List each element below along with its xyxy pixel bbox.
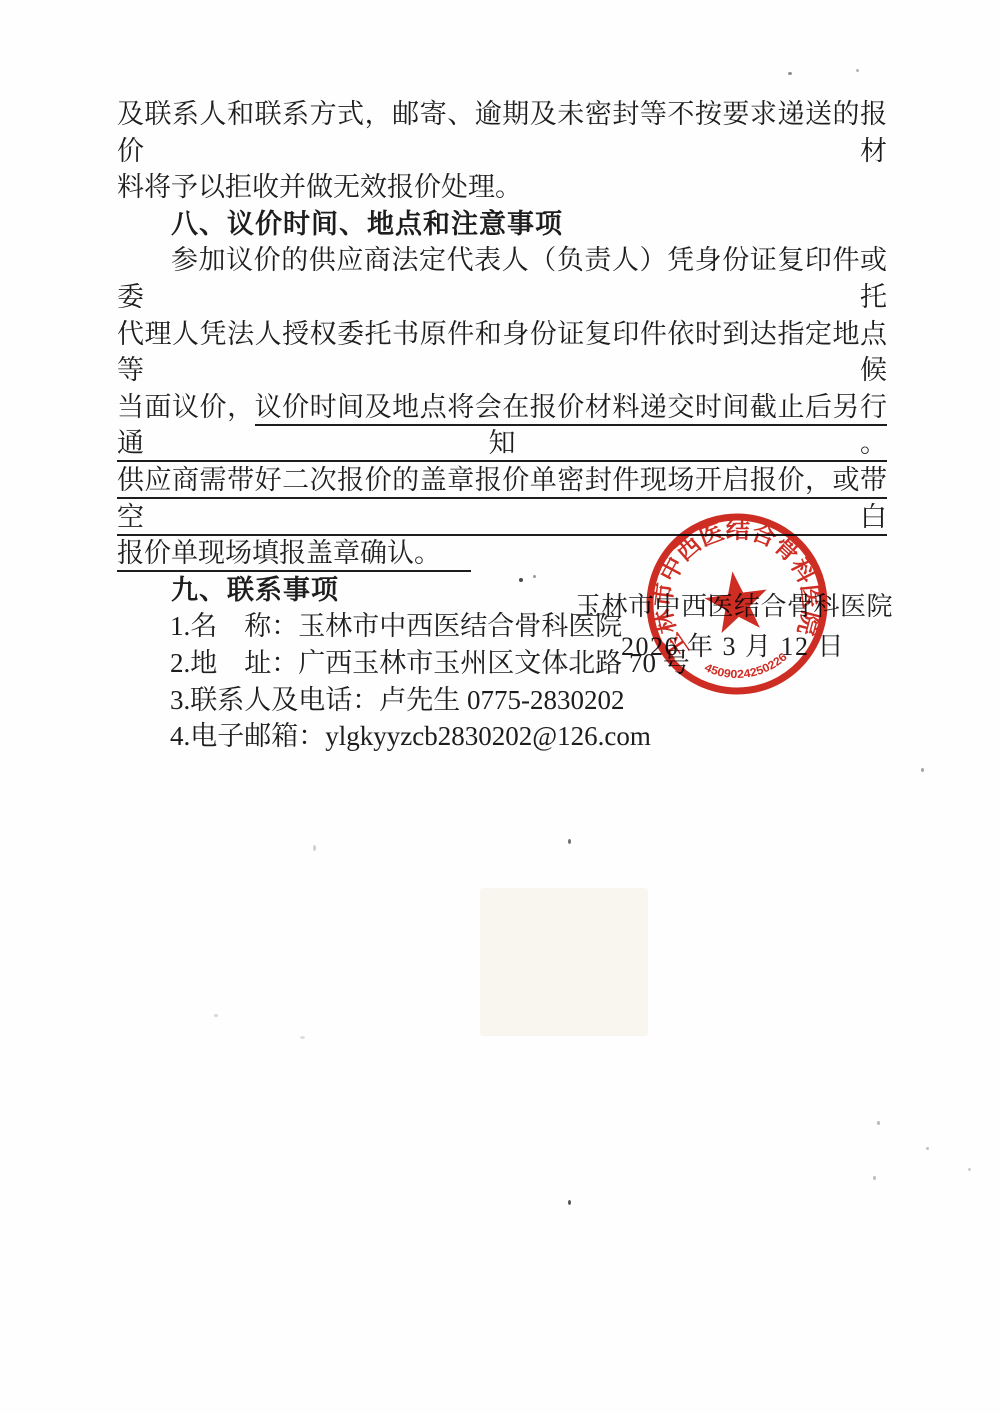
scan-speck — [873, 1176, 876, 1180]
paragraph-tail-line-2: 料将予以拒收并做无效报价处理。 — [117, 169, 887, 206]
paragraph-tail-line-1: 及联系人和联系方式，邮寄、逾期及未密封等不按要求递送的报价材 — [117, 96, 887, 169]
section-8-line-3-plain: 当面议价， — [117, 392, 255, 422]
scan-speck — [519, 578, 523, 582]
scan-speck — [856, 69, 859, 72]
scan-speck — [568, 839, 571, 844]
scanned-document-page: 及联系人和联系方式，邮寄、逾期及未密封等不按要求递送的报价材 料将予以拒收并做无… — [0, 0, 1000, 1414]
scan-speck — [788, 72, 792, 75]
scan-speck — [214, 1014, 218, 1017]
scan-speck — [926, 1147, 929, 1150]
scan-speck — [568, 1200, 571, 1205]
section-8-heading: 八、议价时间、地点和注意事项 — [117, 206, 887, 243]
section-8-line-2: 代理人凭法人授权委托书原件和身份证复印件依时到达指定地点等候 — [117, 316, 887, 389]
scan-speck — [313, 845, 316, 851]
scan-speck — [533, 575, 536, 578]
seal-star-icon — [701, 567, 771, 635]
scan-speck — [877, 1121, 880, 1125]
scan-speck — [921, 768, 924, 772]
scan-speck — [968, 1168, 971, 1171]
section-8-line-5-underlined: 报价单现场填报盖章确认。 — [117, 538, 471, 572]
seal-bleedthrough-ghost — [480, 888, 648, 1036]
official-seal: 玉林市中西医结合骨科医院 4509024250226 — [624, 491, 850, 717]
contact-email-line: 4.电子邮箱：ylgkyyzcb2830202@126.com — [117, 718, 887, 755]
scan-speck — [300, 1036, 305, 1039]
section-8-line-3: 当面议价，议价时间及地点将会在报价材料递交时间截止后另行通知。 — [117, 389, 887, 462]
section-8-line-1: 参加议价的供应商法定代表人（负责人）凭身份证复印件或委托 — [117, 242, 887, 315]
